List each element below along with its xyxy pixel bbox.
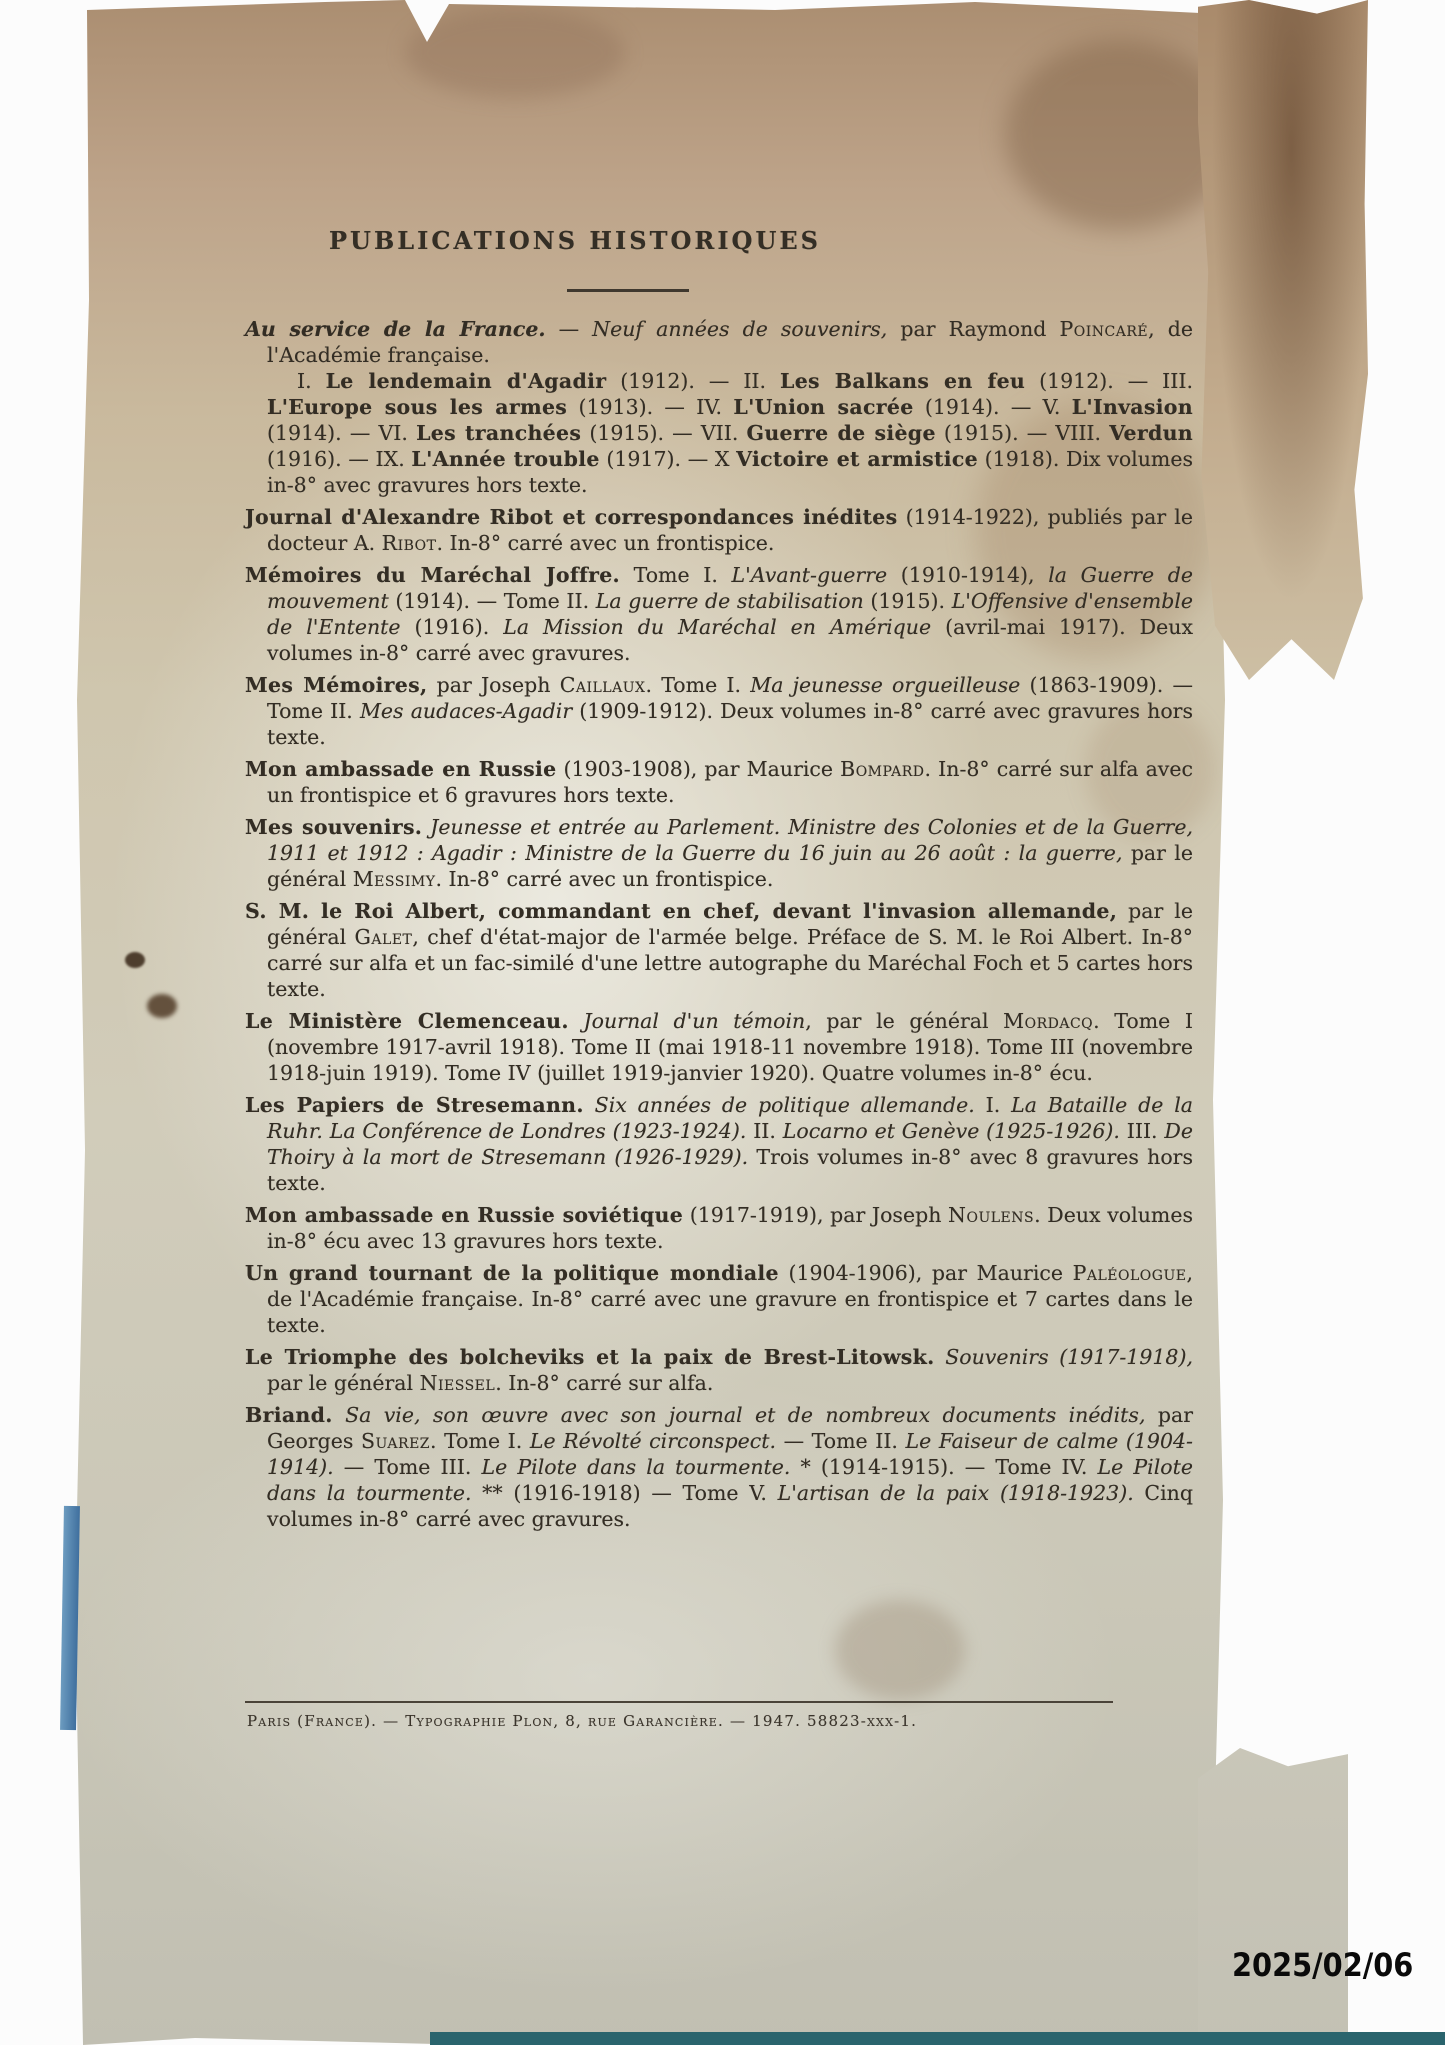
text-segment: Noulens bbox=[948, 1203, 1034, 1227]
catalog-entry: Au service de la France. — Neuf années d… bbox=[245, 316, 1193, 498]
text-segment: Les Papiers de Stresemann. bbox=[245, 1093, 584, 1117]
text-segment: (1903-1908), par Maurice bbox=[556, 757, 840, 781]
text-segment: Mes audaces-Agadir bbox=[360, 699, 572, 723]
entry-paragraph: Un grand tournant de la politique mondia… bbox=[245, 1260, 1193, 1338]
stain bbox=[405, 8, 625, 98]
text-segment: Paléologue bbox=[1073, 1261, 1187, 1285]
text-segment: (1916). — IX. bbox=[267, 447, 411, 471]
text-segment: Ma jeunesse orgueilleuse bbox=[750, 673, 1020, 697]
text-segment: Briand. bbox=[245, 1403, 333, 1427]
bottom-teal-strip bbox=[430, 2032, 1445, 2045]
text-segment: Mordacq bbox=[1003, 1009, 1093, 1033]
page-corner-top-right bbox=[1198, 0, 1368, 680]
text-segment: Galet bbox=[355, 925, 413, 949]
text-segment: Souvenirs (1917-1918), bbox=[945, 1345, 1193, 1369]
text-segment: L'Europe sous les armes bbox=[267, 395, 567, 419]
entry-paragraph: Au service de la France. — Neuf années d… bbox=[245, 316, 1193, 368]
text-segment: Suarez bbox=[361, 1429, 430, 1453]
entry-paragraph: Mon ambassade en Russie (1903-1908), par… bbox=[245, 756, 1193, 808]
text-segment: Niessel bbox=[420, 1371, 496, 1395]
text-segment: L'Avant-guerre bbox=[732, 563, 888, 587]
text-segment: . Tome I. bbox=[645, 673, 750, 697]
text-segment: L'artisan de la paix (1918-1923). bbox=[778, 1481, 1134, 1505]
stain bbox=[835, 1600, 965, 1700]
catalog-entry: Briand. Sa vie, son œuvre avec son journ… bbox=[245, 1402, 1193, 1532]
text-segment: (1914). — V. bbox=[914, 395, 1072, 419]
text-segment: (1912). — II. bbox=[606, 369, 780, 393]
book-photo: PUBLICATIONS HISTORIQUES Au service de l… bbox=[0, 0, 1445, 2045]
text-segment: Verdun bbox=[1109, 421, 1193, 445]
text-segment: Sa vie, son œuvre avec son journal et de… bbox=[345, 1403, 1145, 1427]
title-rule bbox=[567, 289, 689, 292]
page-title: PUBLICATIONS HISTORIQUES bbox=[245, 226, 905, 255]
text-segment: (1917). — X bbox=[600, 447, 736, 471]
entry-paragraph: Mes souvenirs. Jeunesse et entrée au Par… bbox=[245, 814, 1193, 892]
text-segment: Les Balkans en feu bbox=[780, 369, 1025, 393]
catalog-entry: Les Papiers de Stresemann. Six années de… bbox=[245, 1092, 1193, 1196]
text-segment: , par le général bbox=[805, 1009, 1003, 1033]
catalog-entry: Mon ambassade en Russie (1903-1908), par… bbox=[245, 756, 1193, 808]
text-segment: Messimy bbox=[353, 867, 436, 891]
text-segment: Les tranchées bbox=[416, 421, 581, 445]
text-segment: Tome I. bbox=[620, 563, 732, 587]
text-segment bbox=[584, 1093, 595, 1117]
text-segment: Au service de la France. bbox=[245, 317, 546, 341]
entry-paragraph: Mes Mémoires, par Joseph Caillaux. Tome … bbox=[245, 672, 1193, 750]
text-segment: Mon ambassade en Russie bbox=[245, 757, 556, 781]
text-segment: L'Union sacrée bbox=[733, 395, 913, 419]
catalog-entry: Mes souvenirs. Jeunesse et entrée au Par… bbox=[245, 814, 1193, 892]
text-segment: L'Année trouble bbox=[411, 447, 599, 471]
text-segment: Victoire et armistice bbox=[736, 447, 978, 471]
text-segment: (1913). — IV. bbox=[567, 395, 733, 419]
text-segment: I. bbox=[975, 1093, 1011, 1117]
text-segment bbox=[935, 1345, 946, 1369]
text-segment: par Joseph bbox=[427, 673, 559, 697]
text-segment: Locarno et Genève (1925-1926). bbox=[783, 1119, 1120, 1143]
text-segment: — Tome III. bbox=[334, 1455, 482, 1479]
entry-paragraph: Journal d'Alexandre Ribot et corresponda… bbox=[245, 504, 1193, 556]
text-segment: Journal d'Alexandre Ribot et corresponda… bbox=[245, 505, 897, 529]
text-segment: — Tome II. bbox=[776, 1429, 905, 1453]
text-segment: par Raymond bbox=[887, 317, 1059, 341]
entry-paragraph: Le Triomphe des bolcheviks et la paix de… bbox=[245, 1344, 1193, 1396]
text-segment bbox=[422, 815, 430, 839]
text-segment: par le général bbox=[267, 1371, 420, 1395]
text-segment: . In-8° carré sur alfa. bbox=[495, 1371, 713, 1395]
entry-paragraph: I. Le lendemain d'Agadir (1912). — II. L… bbox=[245, 368, 1193, 498]
entry-paragraph: Mon ambassade en Russie soviétique (1917… bbox=[245, 1202, 1193, 1254]
text-segment: Mémoires du Maréchal Joffre. bbox=[245, 563, 620, 587]
text-segment: I. bbox=[297, 369, 326, 393]
text-segment bbox=[333, 1403, 345, 1427]
catalog-entry: Mon ambassade en Russie soviétique (1917… bbox=[245, 1202, 1193, 1254]
date-stamp: 2025/02/06 bbox=[1232, 1946, 1413, 1984]
ink-spot bbox=[125, 952, 145, 968]
text-segment: . In-8° carré avec un frontispice. bbox=[435, 867, 773, 891]
imprint-line: Paris (France). — Typographie Plon, 8, r… bbox=[247, 1712, 917, 1730]
book-page: PUBLICATIONS HISTORIQUES Au service de l… bbox=[75, 0, 1225, 2045]
text-segment: ** (1916-1918) — Tome V. bbox=[471, 1481, 777, 1505]
entry-paragraph: Mémoires du Maréchal Joffre. Tome I. L'A… bbox=[245, 562, 1193, 666]
text-segment: Neuf années de souvenirs, bbox=[592, 317, 887, 341]
text-segment: La guerre de stabilisation bbox=[596, 589, 864, 613]
text-segment: (1915). bbox=[864, 589, 952, 613]
text-segment: (1914). — Tome II. bbox=[389, 589, 596, 613]
text-segment: (1916). bbox=[401, 615, 504, 639]
text-segment: III. bbox=[1120, 1119, 1164, 1143]
text-segment bbox=[569, 1009, 584, 1033]
photo-lower-right-area bbox=[1198, 1742, 1348, 2045]
catalog-entry: Un grand tournant de la politique mondia… bbox=[245, 1260, 1193, 1338]
text-segment: Un grand tournant de la politique mondia… bbox=[245, 1261, 779, 1285]
entry-paragraph: S. M. le Roi Albert, commandant en chef,… bbox=[245, 898, 1193, 1002]
catalog-entries: Au service de la France. — Neuf années d… bbox=[245, 316, 1193, 1538]
text-segment: (1915). — VII. bbox=[581, 421, 746, 445]
text-segment: (1912). — III. bbox=[1025, 369, 1193, 393]
catalog-entry: S. M. le Roi Albert, commandant en chef,… bbox=[245, 898, 1193, 1002]
text-segment: L'Invasion bbox=[1072, 395, 1193, 419]
catalog-entry: Journal d'Alexandre Ribot et corresponda… bbox=[245, 504, 1193, 556]
entry-paragraph: Les Papiers de Stresemann. Six années de… bbox=[245, 1092, 1193, 1196]
text-segment: S. M. le Roi Albert, commandant en chef,… bbox=[245, 899, 1117, 923]
text-segment: Le Ministère Clemenceau. bbox=[245, 1009, 569, 1033]
catalog-entry: Mes Mémoires, par Joseph Caillaux. Tome … bbox=[245, 672, 1193, 750]
text-segment: Le lendemain d'Agadir bbox=[326, 369, 607, 393]
text-segment: . Tome I. bbox=[430, 1429, 530, 1453]
text-segment: (1910-1914), bbox=[887, 563, 1048, 587]
text-segment: . In-8° carré avec un frontispice. bbox=[437, 531, 775, 555]
text-segment: Caillaux bbox=[560, 673, 646, 697]
ink-spot bbox=[147, 994, 177, 1018]
text-segment: (1917-1919), par Joseph bbox=[683, 1203, 948, 1227]
text-segment: Guerre de siège bbox=[747, 421, 936, 445]
text-segment: Six années de politique allemande. bbox=[595, 1093, 975, 1117]
text-segment: Bompard bbox=[840, 757, 924, 781]
text-segment: Le Révolté circonspect. bbox=[530, 1429, 776, 1453]
catalog-entry: Le Triomphe des bolcheviks et la paix de… bbox=[245, 1344, 1193, 1396]
text-segment: (1914). — VI. bbox=[267, 421, 416, 445]
text-segment: Ribot bbox=[382, 531, 437, 555]
text-segment: Le Pilote dans la tourmente. bbox=[481, 1455, 790, 1479]
catalog-entry: Le Ministère Clemenceau. Journal d'un té… bbox=[245, 1008, 1193, 1086]
text-segment: Mes souvenirs. bbox=[245, 815, 422, 839]
text-segment: — bbox=[546, 317, 593, 341]
text-segment: La Mission du Maréchal en Amérique bbox=[503, 615, 931, 639]
text-segment: (1904-1906), par Maurice bbox=[779, 1261, 1073, 1285]
text-segment: * (1914-1915). — Tome IV. bbox=[790, 1455, 1097, 1479]
text-segment: (1915). — VIII. bbox=[936, 421, 1109, 445]
entry-paragraph: Briand. Sa vie, son œuvre avec son journ… bbox=[245, 1402, 1193, 1532]
entry-paragraph: Le Ministère Clemenceau. Journal d'un té… bbox=[245, 1008, 1193, 1086]
text-segment: Poincaré bbox=[1060, 317, 1149, 341]
text-segment: Journal d'un témoin bbox=[583, 1009, 805, 1033]
text-segment: Le Triomphe des bolcheviks et la paix de… bbox=[245, 1345, 935, 1369]
text-segment: Mon ambassade en Russie soviétique bbox=[245, 1203, 683, 1227]
catalog-entry: Mémoires du Maréchal Joffre. Tome I. L'A… bbox=[245, 562, 1193, 666]
text-segment: II. bbox=[746, 1119, 782, 1143]
imprint-rule bbox=[245, 1701, 1113, 1703]
text-segment: Mes Mémoires, bbox=[245, 673, 427, 697]
